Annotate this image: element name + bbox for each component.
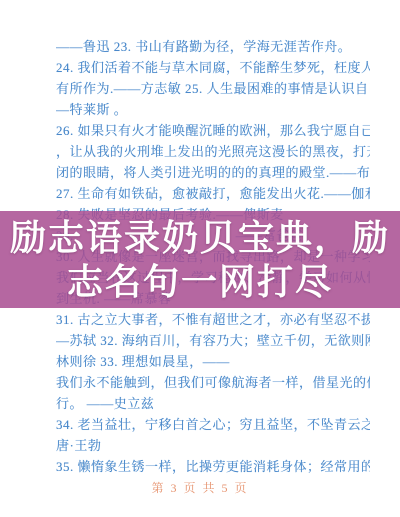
text-line: 34. 老当益壮，宁移白首之心；穷且益坚，不坠青云之志.——: [56, 414, 370, 435]
text-line: —苏轼 32. 海纳百川，有容乃大；壁立千仞，无欲则刚.——: [56, 330, 370, 351]
text-line: 我们永不能触到，但我们可像航海者一样，借星光的位置而航: [56, 372, 370, 393]
document-page: ——鲁迅 23. 书山有路勤为径，学海无涯苦作舟。24. 我们活着不能与草木同腐…: [0, 0, 400, 517]
text-line: 林则徐 33. 理想如晨星，——: [56, 351, 370, 372]
banner-title-line-2: 志名句一网打尽: [67, 260, 333, 304]
text-line: 26. 如果只有火才能唤醒沉睡的欧洲，那么我宁愿自己被烧死: [56, 120, 370, 141]
banner-title-line-1: 励志语录奶贝宝典，励: [10, 216, 390, 260]
text-line: ——鲁迅 23. 书山有路勤为径，学海无涯苦作舟。: [56, 36, 370, 57]
text-line: 31. 古之立大事者，不惟有超世之才，亦必有坚忍不拔之志.——: [56, 309, 370, 330]
text-line: 24. 我们活着不能与草木同腐，不能醉生梦死，枉度人生，要: [56, 57, 370, 78]
text-line: ，让从我的火刑堆上发出的光照亮这漫长的黑夜，打开那些紧: [56, 141, 370, 162]
page-number-footer: 第 3 页 共 5 页: [0, 479, 400, 496]
text-line: 35. 懒惰象生锈一样，比操劳更能消耗身体；经常用的钥匙，: [56, 456, 370, 477]
text-line: 行。 ——史立兹: [56, 393, 370, 414]
text-line: 27. 生命有如铁砧，愈被敲打，愈能发出火花.——伽利略: [56, 183, 370, 204]
title-overlay-banner: 励志语录奶贝宝典，励 志名句一网打尽: [0, 211, 400, 308]
text-line: —特莱斯 。: [56, 99, 370, 120]
text-line: 闭的眼睛，将人类引进光明的的的真理的殿堂.——布鲁诺: [56, 162, 370, 183]
text-line: 唐·王勃: [56, 435, 370, 456]
text-line: 有所作为.——方志敏 25. 人生最困难的事情是认识自己。 —: [56, 78, 370, 99]
